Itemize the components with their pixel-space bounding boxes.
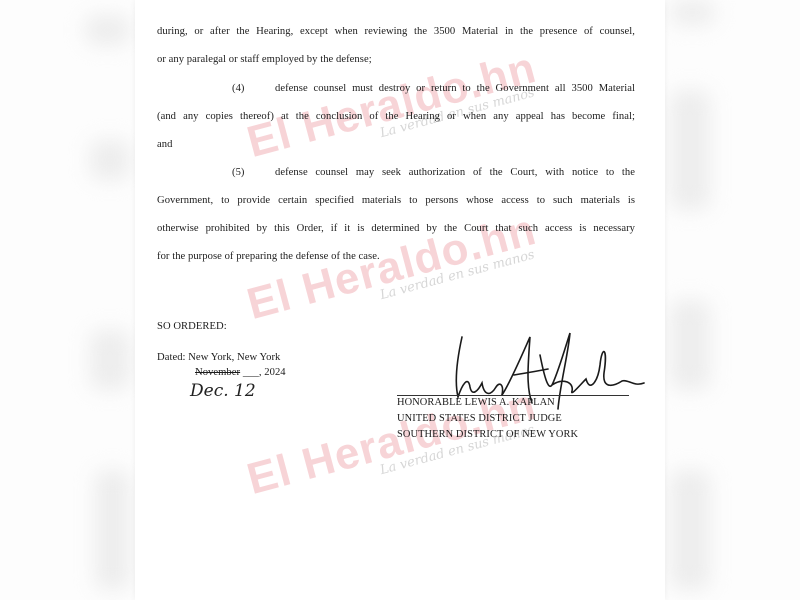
judge-title: UNITED STATES DISTRICT JUDGE bbox=[397, 413, 562, 424]
date-line: November ___, 2024 bbox=[195, 367, 286, 378]
blurred-background-left bbox=[0, 0, 135, 600]
judge-name: HONORABLE LEWIS A. KAPLAN bbox=[397, 397, 555, 408]
item-text: defense counsel must destroy or return t… bbox=[275, 83, 635, 94]
body-text-line: Government, to provide certain specified… bbox=[157, 195, 635, 206]
item-text: defense counsel may seek authorization o… bbox=[275, 167, 635, 178]
watermark-tagline: La verdad en sus manos bbox=[378, 247, 536, 303]
body-text-line: and bbox=[157, 139, 172, 150]
body-text-line: (and any copies thereof) at the conclusi… bbox=[157, 111, 635, 122]
signature-line bbox=[397, 395, 629, 396]
dated-label: Dated: New York, New York bbox=[157, 352, 280, 363]
body-text-line: or any paralegal or staff employed by th… bbox=[157, 54, 372, 65]
blurred-background-right bbox=[665, 0, 800, 600]
struck-month: November bbox=[195, 367, 240, 378]
item-number: (5) bbox=[232, 167, 245, 178]
handwritten-date: Dec. 12 bbox=[190, 381, 256, 401]
document-page: El Heraldo.hn La verdad en sus manos El … bbox=[135, 0, 665, 600]
date-year: ___, 2024 bbox=[240, 367, 286, 378]
body-text-line: during, or after the Hearing, except whe… bbox=[157, 26, 635, 37]
so-ordered-label: SO ORDERED: bbox=[157, 321, 227, 332]
item-number: (4) bbox=[232, 83, 245, 94]
body-text-line: for the purpose of preparing the defense… bbox=[157, 251, 380, 262]
body-text-line: otherwise prohibited by this Order, if i… bbox=[157, 223, 635, 234]
judge-district: SOUTHERN DISTRICT OF NEW YORK bbox=[397, 429, 578, 440]
